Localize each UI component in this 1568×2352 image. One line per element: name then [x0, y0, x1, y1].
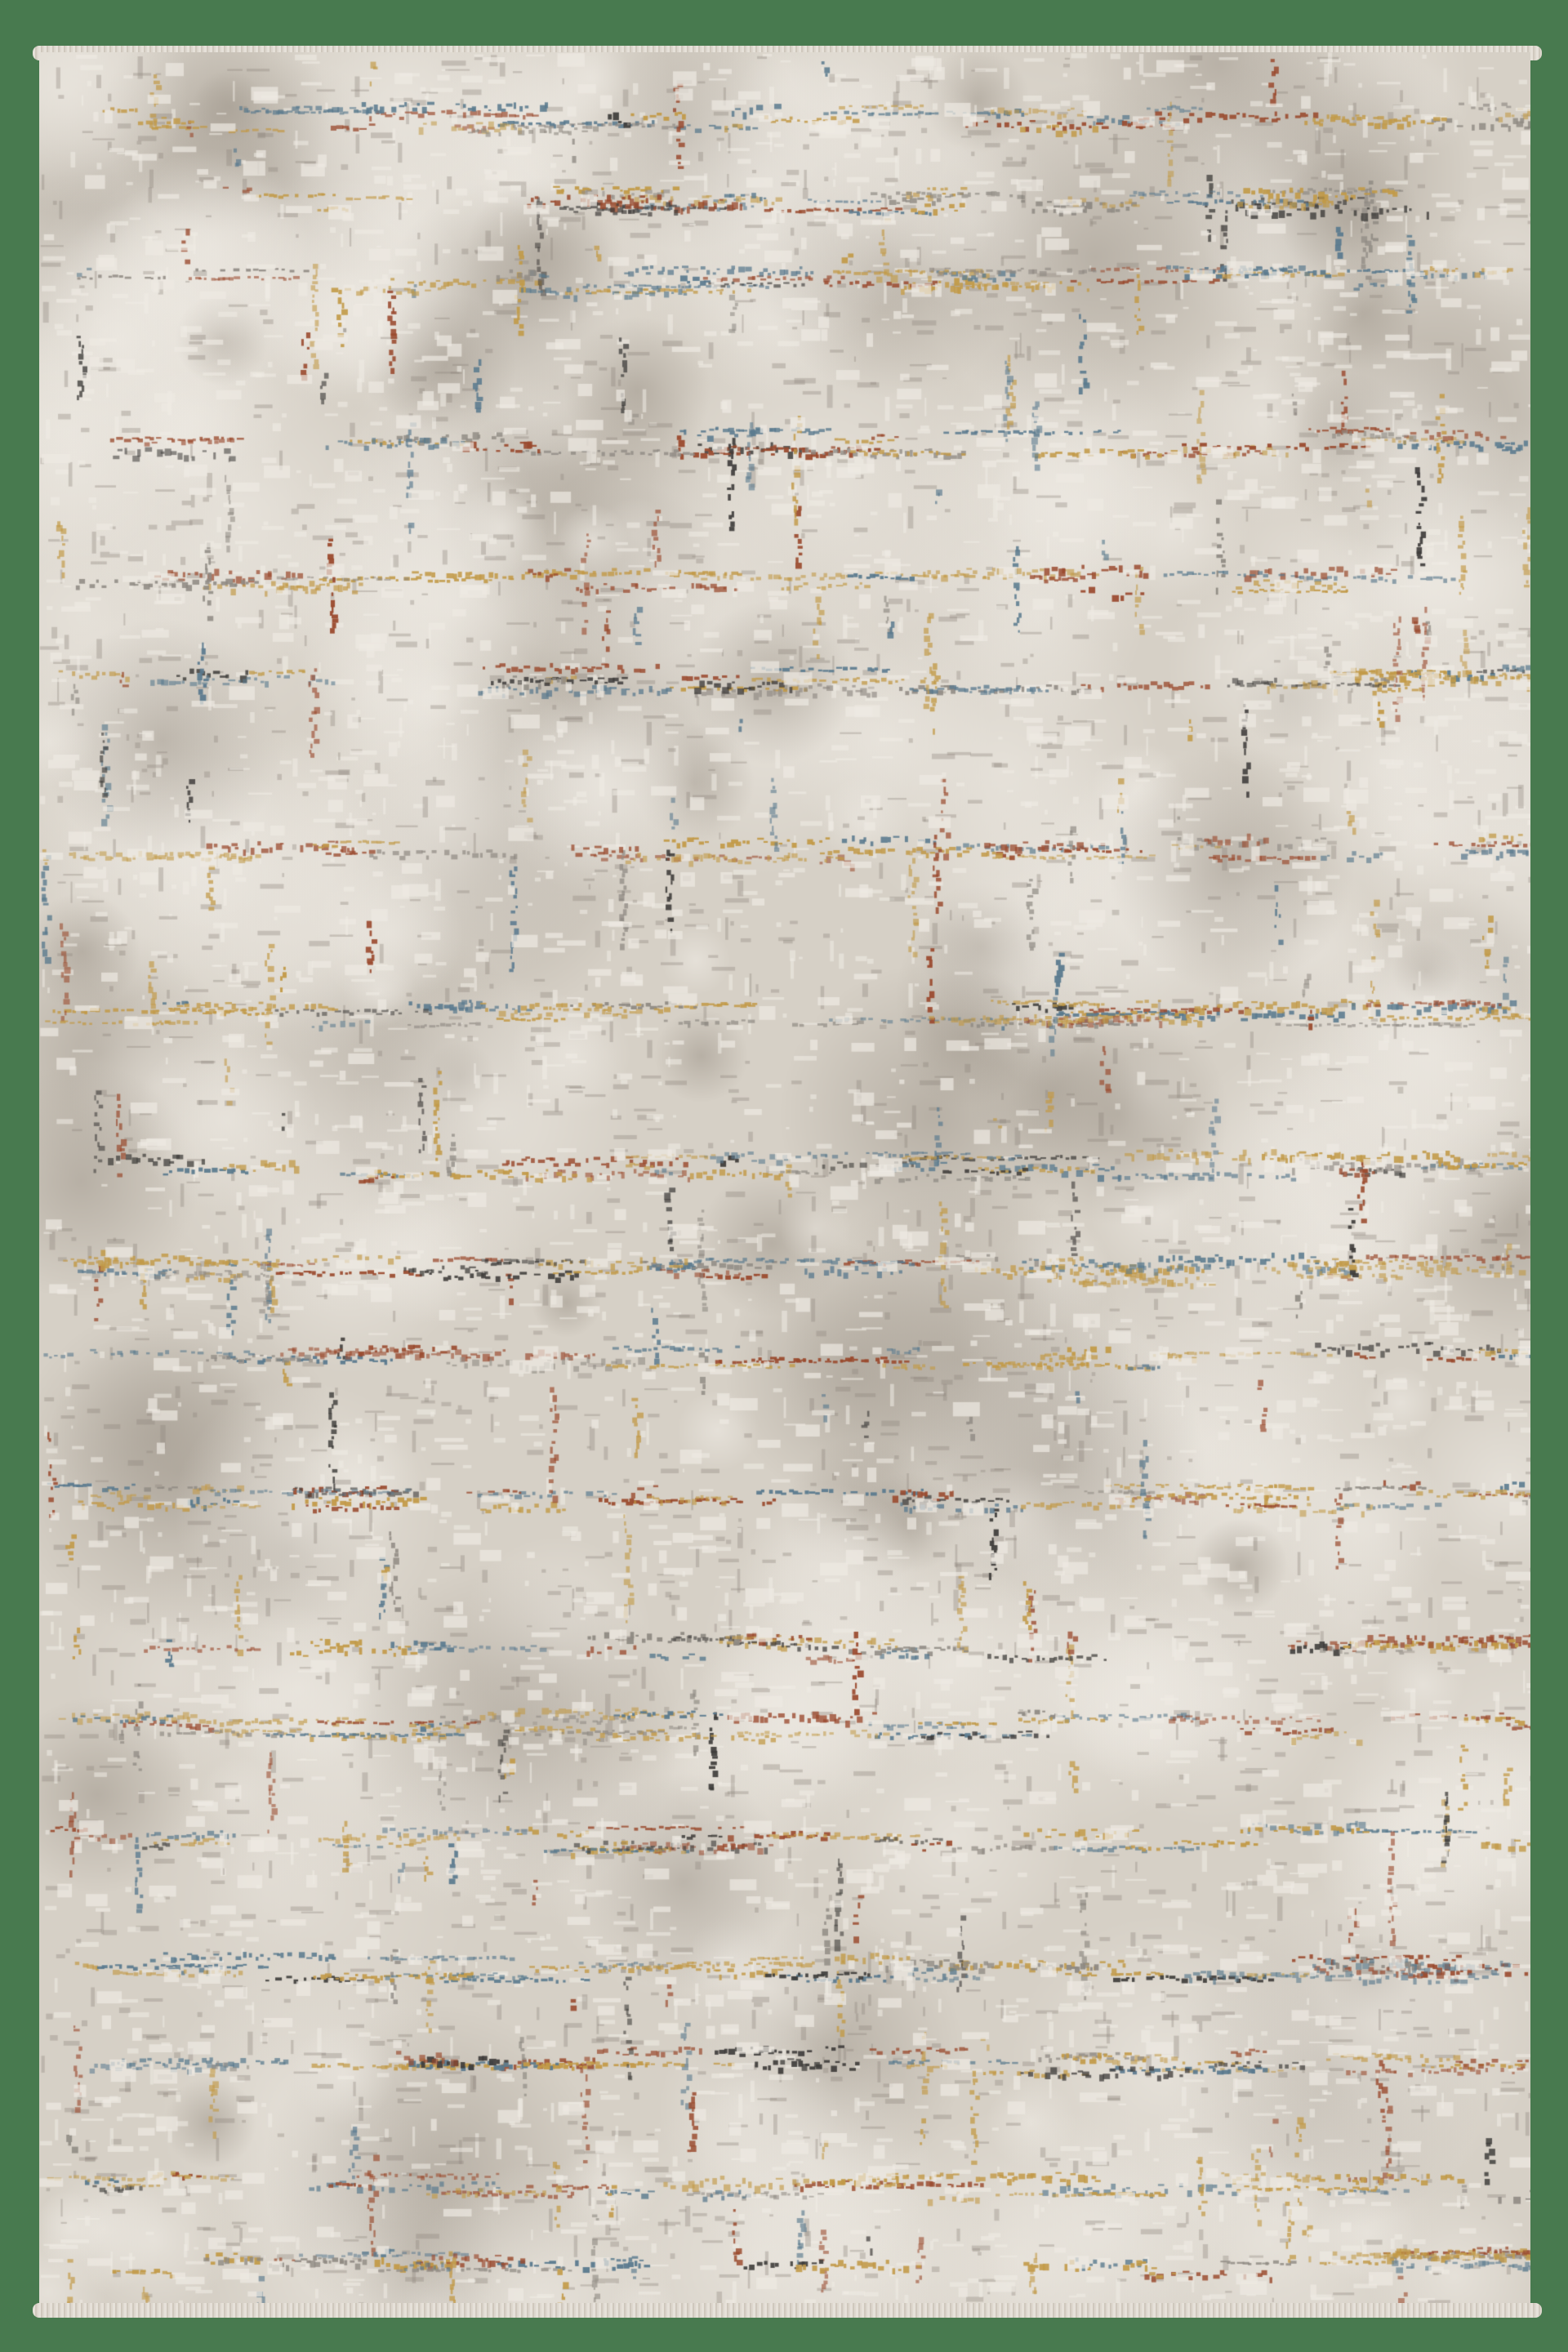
scene-description: Product photo of an abstract distressed …	[0, 0, 1, 1]
rug-texture	[39, 52, 1530, 2314]
product-photo: Product photo of an abstract distressed …	[0, 0, 1568, 2352]
rug	[39, 52, 1530, 2314]
rug-bottom-fringe	[33, 2303, 1542, 2318]
